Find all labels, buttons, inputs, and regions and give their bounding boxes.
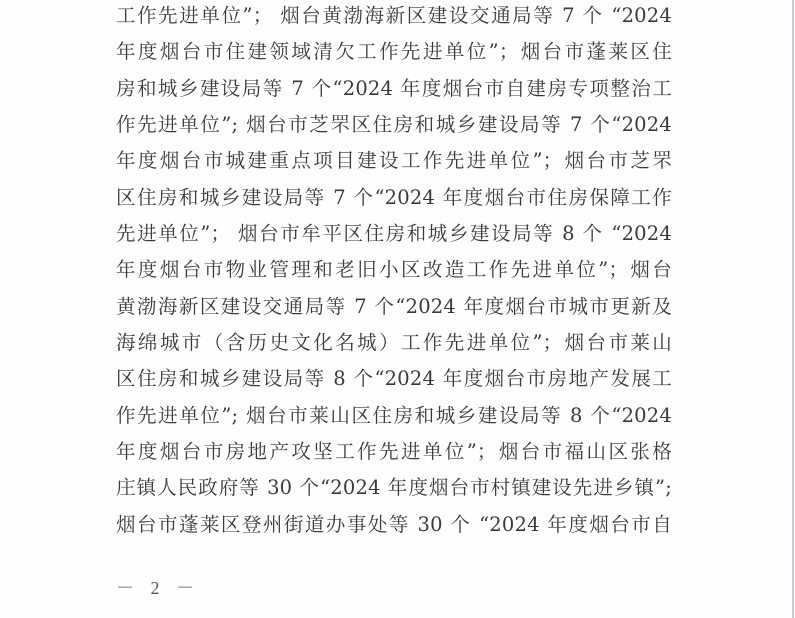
text-line: 工作先进单位”； 烟台黄渤海新区建设交通局等 7 个 “2024	[116, 0, 672, 34]
text-line: 黄渤海新区建设交通局等 7 个“2024 年度烟台市城市更新及	[116, 289, 672, 325]
text-line: 年度烟台市城建重点项目建设工作先进单位”；烟台市芝罘	[116, 143, 672, 179]
text-line: 区住房和城乡建设局等 8 个“2024 年度烟台市房地产发展工	[116, 361, 672, 397]
text-line: 先进单位”； 烟台市牟平区住房和城乡建设局等 8 个 “2024	[116, 216, 672, 252]
text-line: 区住房和城乡建设局等 7 个“2024 年度烟台市住房保障工作	[116, 180, 672, 216]
document-page: 工作先进单位”； 烟台黄渤海新区建设交通局等 7 个 “2024 年度烟台市住建…	[0, 0, 792, 618]
text-line: 年度烟台市住建领域清欠工作先进单位”；烟台市蓬莱区住	[116, 34, 672, 70]
text-line: 作先进单位”; 烟台市莱山区住房和城乡建设局等 8 个“2024	[116, 398, 672, 434]
text-line: 庄镇人民政府等 30 个“2024 年度烟台市村镇建设先进乡镇”;	[116, 470, 672, 506]
page-edge-divider	[792, 0, 794, 618]
text-line: 年度烟台市房地产攻坚工作先进单位”；烟台市福山区张格	[116, 434, 672, 470]
body-text: 工作先进单位”； 烟台黄渤海新区建设交通局等 7 个 “2024 年度烟台市住建…	[116, 0, 672, 543]
text-line: 作先进单位”; 烟台市芝罘区住房和城乡建设局等 7 个“2024	[116, 107, 672, 143]
text-line: 年度烟台市物业管理和老旧小区改造工作先进单位”；烟台	[116, 252, 672, 288]
text-line: 房和城乡建设局等 7 个“2024 年度烟台市自建房专项整治工	[116, 71, 672, 107]
text-line: 烟台市蓬莱区登州街道办事处等 30 个 “2024 年度烟台市自	[116, 507, 672, 543]
text-line: 海绵城市（含历史文化名城）工作先进单位”；烟台市莱山	[116, 325, 672, 361]
page-number: － 2 －	[116, 574, 200, 600]
